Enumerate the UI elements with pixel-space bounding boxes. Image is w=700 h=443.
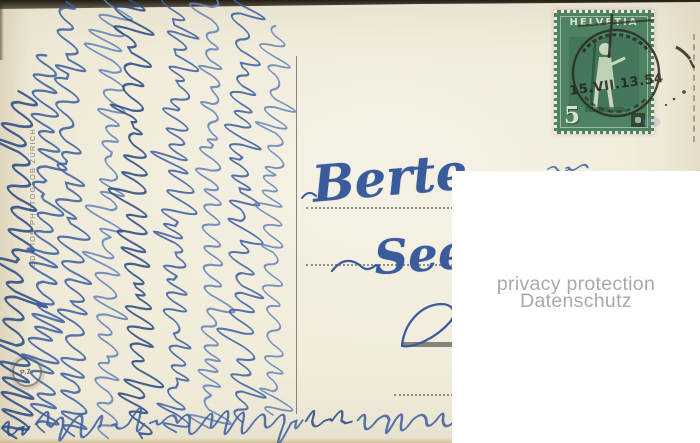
scan-edge-bottom (0, 438, 460, 443)
postage-stamp: HELVETIA 5 (554, 10, 654, 134)
publisher-imprint: EDITION PHOTOGLOB ZÜRICH (28, 105, 37, 290)
privacy-overlay-box: privacy protection Datenschutz (452, 171, 700, 443)
message-address-divider (296, 56, 297, 414)
publisher-logo-monogram: P.Z. (20, 368, 35, 377)
perforation-edge-mark (693, 34, 695, 142)
address-line-4 (394, 394, 453, 396)
postcard-scan: EDITION PHOTOGLOB ZÜRICH P.Z. Berte See … (0, 0, 700, 443)
stamp-value: 5 (564, 102, 580, 129)
stamp-corner-cartouche (631, 113, 645, 127)
privacy-overlay-text: privacy protection Datenschutz (452, 276, 700, 310)
scan-edge-left (0, 0, 4, 60)
privacy-line-de: Datenschutz (452, 293, 700, 310)
address-line-3-bar (401, 342, 453, 347)
